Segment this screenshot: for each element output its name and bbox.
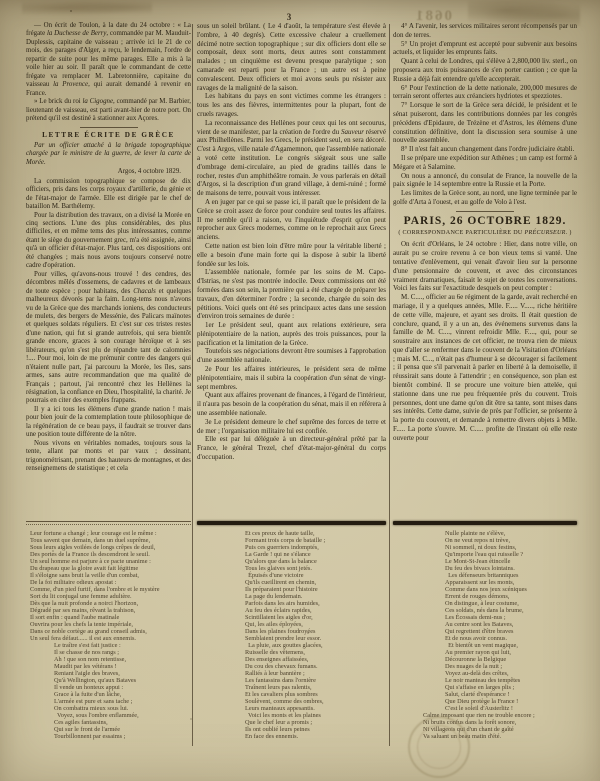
para: 3e Le président demeure le chef suprême … [197, 418, 386, 436]
para: 1er Le président seul, quant aux relatio… [197, 321, 386, 347]
verse-line: La page du lendemain. [245, 593, 386, 600]
verse-line: Leurs manteaux appesantis. [245, 705, 386, 712]
verse-line: Il sort enfin : quand l'aube matinale [30, 614, 191, 621]
verse-line: En face des ennemis. [245, 733, 386, 740]
subhead-caps: ( CORRESPONDANCE PARTICULIÈRE DU PRÉCURS… [393, 229, 577, 238]
verse-line: On ne veut repos ni trève, [445, 537, 577, 544]
verse-line: Qui, les ailes éployées, [245, 621, 386, 628]
verse-line: Tous les glaives sont jetés. [245, 565, 386, 572]
heading-large: PARIS, 26 OCTOBRE 1829. [393, 217, 577, 226]
verse-line: Les fantassins dans l'ornière [245, 677, 386, 684]
verse-line: Errent de rouges démons, [445, 593, 577, 600]
verse-line: Apparaissent sur les monts, [445, 579, 577, 586]
library-stamp [408, 716, 470, 778]
para: Les habitans du pays en sont victimes co… [197, 92, 386, 118]
para: Toutefois ses négociations devront être … [197, 347, 386, 365]
verse-line: Ces soldats, nés dans la brume, [445, 607, 577, 614]
verse-line: Traînent leurs pas ralentis, [245, 684, 386, 691]
verse-line: La Garde ! qui ne s'élance [245, 551, 386, 558]
section-rule [80, 127, 138, 128]
verse-line: Du drapeau que la gloire avait fait légi… [30, 565, 191, 572]
verse-line: Puis ces guerriers indomptés, [245, 544, 386, 551]
para: Quant aux affaires provenant de finances… [197, 391, 386, 417]
verse: Nulle plainte ne s'élève,On ne veut repo… [393, 530, 577, 740]
verse-divider [393, 521, 577, 525]
verse-line: Voici les monts et les plaines [245, 712, 386, 719]
verse-line: Parfois dans les airs humides, [245, 600, 386, 607]
heading-caps: LETTRE ÉCRITE DE GRÈCE [26, 131, 191, 139]
verse-line: Ils ont oublié leurs peines [245, 726, 386, 733]
verse-line: On combattra mieux sous lui. [54, 705, 191, 712]
column-middle: sous un soleil brûlant. ( Le 4 d'août, l… [197, 22, 386, 740]
verse-line: Au centre sont les Bataves, [445, 621, 577, 628]
verse-line: Nulle plainte ne s'élève, [445, 530, 577, 537]
verse-line: Que le chef leur a promis ; [245, 719, 386, 726]
para: Les limites de la Grèce sont, au nord, u… [393, 189, 577, 207]
verse-line: Des nuages de la nuit ; [445, 663, 577, 670]
verse-divider [26, 521, 191, 525]
verse-line: Les défenseurs britanniques [445, 572, 577, 579]
section-rule [456, 211, 514, 212]
verse-line: Soulèvent, comme des ombres, [245, 698, 386, 705]
para: L'assemblée nationale, formée par les so… [197, 268, 386, 321]
newspaper-page: 0681 3 — On écrit de Toulon, à la date d… [0, 0, 600, 781]
para: 2e Pour les affaires intérieures, le pré… [197, 365, 386, 391]
verse-line: Que Dieu protège la France ! [445, 698, 577, 705]
verse-line: Comme dans nos jeux scéniques [445, 586, 577, 593]
para: 6° Pour l'extinction de la dette nationa… [393, 84, 577, 102]
para: M. C...., officier au 6e régiment de la … [393, 293, 577, 443]
para: Nous vivons en véritables nomades, toujo… [26, 440, 191, 474]
column-right: 4° A l'avenir, les services militaires s… [393, 22, 577, 740]
verse: Et ces preux de haute taille,Formant tro… [197, 530, 386, 740]
verse-line: Salut, clarté d'espérance ! [445, 691, 577, 698]
verse-line: Il vende un honteux appui : [54, 684, 191, 691]
verse-stanza: Leur fortune a changé ; leur courage est… [30, 530, 191, 642]
verse-line: Du feu des bivacs lointains. [445, 565, 577, 572]
verse-stanza: La pluie, aux gouttes glacées,Ruisselle … [245, 642, 386, 712]
para: 8° Il n'est fait aucun changement dans l… [393, 145, 577, 154]
para-cont: sous un soleil brûlant. ( Le 4 d'août, l… [197, 22, 386, 92]
subhead-italic: Par un officier attaché à la brigade top… [26, 142, 191, 167]
para: Pour la distribution des travaux, on a d… [26, 212, 191, 271]
verse-line: Et bientôt un vent magique, [445, 642, 577, 649]
verse-line: Et de nous avoir connus. [445, 635, 577, 642]
verse-stanza: Le traître s'est fait justice :Il se cha… [54, 642, 191, 712]
verse-line: Découronne la Belgique [445, 656, 577, 663]
verse-line: Au premier rayon qui luit, [445, 649, 577, 656]
para: La commission topographique se compose d… [26, 178, 191, 212]
article: 4° A l'avenir, les services militaires s… [393, 22, 577, 518]
verse-line: Reniant l'aigle des braves, [54, 670, 191, 677]
verse-line: Qu'ils cueillirent en chemin, [245, 579, 386, 586]
verse-line: Et les cavaliers plus sombres [245, 691, 386, 698]
verse-divider [197, 521, 386, 525]
verse-line: Épuisés d'une victoire [245, 572, 386, 579]
verse-line: Il s'éloigne sans bruit la veille d'un c… [30, 572, 191, 579]
verse-line: Tourbillonnent par essaims ; [54, 733, 191, 740]
para: Quant à celui de Londres, qui s'élève à … [393, 57, 577, 83]
verse-line: Ces agiles fantassins, [54, 719, 191, 726]
para: 7° Lorsque le sort de la Grèce sera déci… [393, 101, 577, 145]
verse-line: De la foi militaire odieux apostat : [30, 579, 191, 586]
verse-line: Qui sur le front de l'armée [54, 726, 191, 733]
verse-line: Qu'alors que dans la balance [245, 558, 386, 565]
para: Pour villes, qu'avons-nous trouvé ! des … [26, 271, 191, 406]
verse-line: Des portes de la France ils descendront … [30, 551, 191, 558]
verse-line: Qui regrettent d'être braves [445, 628, 577, 635]
verse-line: Voyez, sous l'ombre enflammée, [54, 712, 191, 719]
verse-line: Du cou des chevaux fumans. [245, 663, 386, 670]
verse-line: Le traître s'est fait justice : [54, 642, 191, 649]
verse-line: Leur fortune a changé ; leur courage est… [30, 530, 191, 537]
verse-line: Voyez au-delà des crêtes, [445, 670, 577, 677]
para: Elle est par lui déléguée à un directeur… [197, 435, 386, 461]
para: On nous a annoncé, du consulat de France… [393, 172, 577, 190]
para: 5° Un projet d'emprunt est accepté pour … [393, 40, 577, 58]
verse-stanza: Les défenseurs britanniquesApparaissent … [445, 572, 577, 642]
para: Cette nation est bien loin d'être mûre p… [197, 242, 386, 268]
verse-line: La pluie, aux gouttes glacées, [245, 642, 386, 649]
verse-stanza: Et bientôt un vent magique,Au premier ra… [445, 642, 577, 712]
verse-line: Ils préparaient pour l'histoire [245, 586, 386, 593]
verse-stanza: Voici les monts et les plainesQue le che… [245, 712, 386, 740]
verse-line: Dans ce noble cortège au grand conseil a… [30, 628, 191, 635]
para: » Le brick du roi la Cigogne, commandé p… [26, 98, 191, 123]
verse-line: Grace à la fuite d'un lâche, [54, 691, 191, 698]
paper-specks [70, 10, 72, 12]
verse-line: Dégradé par ses mains, rêvant la trahiso… [30, 607, 191, 614]
verse-line: Ouvrira pour les chefs la tente impérial… [30, 621, 191, 628]
verse-line: Il se chasse de nos rangs ; [54, 649, 191, 656]
verse-stanza: Épuisés d'une victoireQu'ils cueillirent… [245, 572, 386, 642]
verse-line: Des enseignes affaissées, [245, 656, 386, 663]
verse-line: Au feu des éclairs rapides, [245, 607, 386, 614]
verse-line: Qu'à Wellington, qu'aux Bataves [54, 677, 191, 684]
dateline-right: Argos, 4 octobre 1829. [26, 168, 191, 176]
verse-line: Un seul homme est parjure à ce pacte una… [30, 558, 191, 565]
verse-line: Ruisselle des vêtemens, [245, 649, 386, 656]
verse-line: Le Mont-St-Jean étincelle [445, 558, 577, 565]
verse-line: Sort du lit conjugal une femme adultère. [30, 593, 191, 600]
verse-line: Dans les plaines foudroyées [245, 628, 386, 635]
verse-line: Qu'importe l'eau qui ruisselle ? [445, 551, 577, 558]
para: On écrit d'Orléans, le 24 octobre : Hier… [393, 240, 577, 293]
verse-line: Scintillaient les aigles d'or, [245, 614, 386, 621]
verse-line: Un seul fera défaut...... il est aux enn… [30, 635, 191, 642]
column-left: — On écrit de Toulon, à la date du 24 oc… [26, 22, 191, 740]
verse-line: Formant trois corps de bataille ; [245, 537, 386, 544]
verse-line: Dès que la nuit profonde a noirci l'hori… [30, 600, 191, 607]
page-number: 3 [281, 12, 297, 22]
verse-stanza: Voyez, sous l'ombre enflammée,Ces agiles… [54, 712, 191, 740]
para: 4° A l'avenir, les services militaires s… [393, 22, 577, 40]
column-divider-left [192, 24, 193, 746]
verse-stanza: Nulle plainte ne s'élève,On ne veut repo… [445, 530, 577, 572]
para: Il y a ici tous les élémens d'une grande… [26, 406, 191, 440]
verse-line: Ni sommeil, ni doux festins, [445, 544, 577, 551]
verse-line: Ralliés à leur bannière ; [245, 670, 386, 677]
para: — On écrit de Toulon, à la date du 24 oc… [26, 22, 191, 98]
verse-line: Ah ! que son nom retentisse, [54, 656, 191, 663]
verse-stanza: Et ces preux de haute taille,Formant tro… [245, 530, 386, 572]
verse-line: Semblaient prendre leur essor. [245, 635, 386, 642]
verse-line: Comme, d'un pied furtif, dans l'ombre et… [30, 586, 191, 593]
verse-line: Le noir manteau des tempêtes [445, 677, 577, 684]
verse-line: Qui s'affaise en larges plis ; [445, 684, 577, 691]
verse-line: Et ces preux de haute taille, [245, 530, 386, 537]
verse-line: Maudit par les vétérans ! [54, 663, 191, 670]
verse-line: Sous leurs aigles voilées de longs crêpe… [30, 544, 191, 551]
verse-line: C'est le soleil d'Austerlitz ! [445, 705, 577, 712]
column-divider-right [389, 24, 390, 746]
para: La reconnaissance des Hellènes pour ceux… [197, 119, 386, 198]
verse-line: L'armée est pure et sans tache ; [54, 698, 191, 705]
verse-line: Les Écossais demi-nus ; [445, 614, 577, 621]
verse-line: Tous savent que demain, dans un duel sup… [30, 537, 191, 544]
article: sous un soleil brûlant. ( Le 4 d'août, l… [197, 22, 386, 518]
article: — On écrit de Toulon, à la date du 24 oc… [26, 22, 191, 518]
verse: Leur fortune a changé ; leur courage est… [26, 530, 191, 740]
verse-line: On distingue, à leur costume, [445, 600, 577, 607]
para: A en juger par ce qui se passe ici, il p… [197, 198, 386, 242]
para: Il se prépare une expédition sur Athènes… [393, 154, 577, 172]
ink-bleed-top-left [22, 0, 152, 16]
